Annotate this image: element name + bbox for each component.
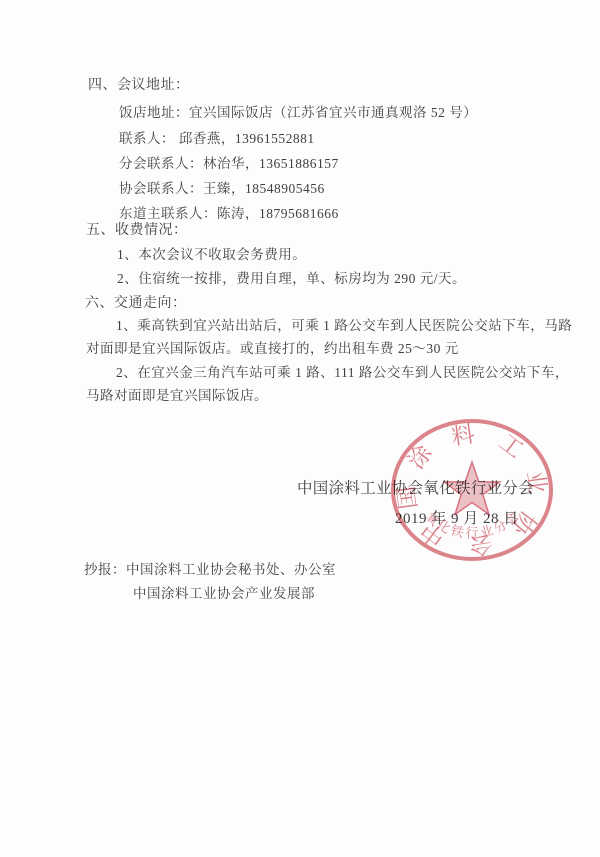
svg-text:涂: 涂: [403, 440, 437, 473]
section5-item-2: 2、住宿统一按排，费用自理，单、标房均为 290 元/天。: [117, 270, 466, 288]
section6-para2-line1: 2、在宜兴金三角汽车站可乘 1 路、111 路公交车到人民医院公交站下车，: [116, 364, 569, 382]
section4-hotel-address: 饭店地址：宜兴国际饭店（江苏省宜兴市通真观洛 52 号）: [119, 104, 477, 122]
cc-line-2: 中国涂料工业协会产业发展部: [133, 585, 315, 603]
signature-org-name: 中国涂料工业协会氧化铁行业分会: [297, 476, 534, 498]
document-page: 四、会议地址： 饭店地址：宜兴国际饭店（江苏省宜兴市通真观洛 52 号） 联系人…: [0, 0, 600, 857]
section6-para1-line1: 1、乘高铁到宜兴站出站后，可乘 1 路公交车到人民医院公交站下车，马路: [116, 317, 572, 335]
section5-heading: 五、收费情况：: [86, 222, 188, 240]
section4-assoc-contact: 协会联系人：王臻，18548905456: [119, 180, 325, 198]
section4-host-contact: 东道主联系人：陈涛，18795681666: [119, 205, 339, 223]
section4-contact: 联系人： 邱香燕，13961552881: [119, 130, 315, 148]
signature-date: 2019 年 9 月 28 日: [395, 507, 519, 528]
section6-heading: 六、交通走向：: [85, 295, 187, 313]
section5-item-1: 1、本次会议不收取会务费用。: [117, 246, 306, 264]
svg-text:会: 会: [468, 530, 494, 558]
section6-para2-line2: 马路对面即是宜兴国际饭店。: [86, 387, 268, 405]
svg-text:料: 料: [450, 422, 476, 450]
section4-branch-contact: 分会联系人：林治华，13651886157: [119, 155, 339, 173]
section4-heading: 四、会议地址：: [88, 77, 190, 95]
cc-line-1: 抄报：中国涂料工业协会秘书处、办公室: [84, 561, 336, 579]
section6-para1-line2: 对面即是宜兴国际饭店。或直接打的，约出租车费 25～30 元: [86, 340, 459, 358]
svg-text:工: 工: [494, 429, 527, 463]
